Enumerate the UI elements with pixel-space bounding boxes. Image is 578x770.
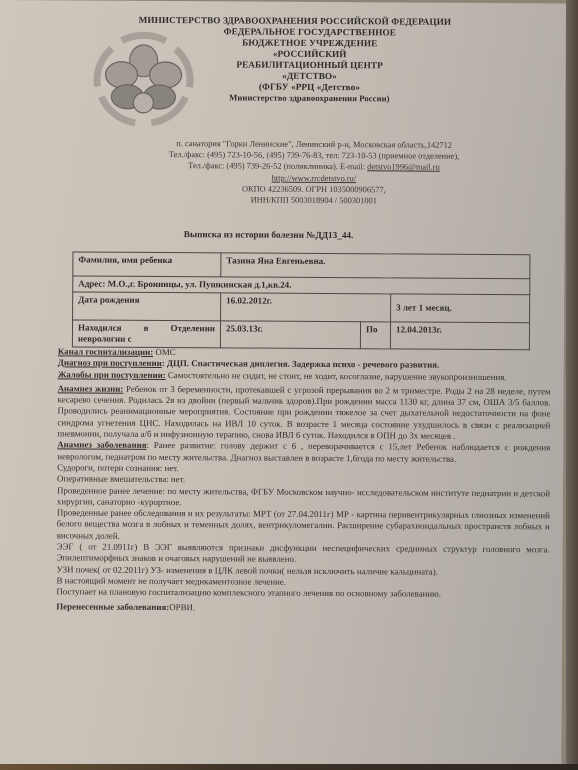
document-page: МИНИСТЕРСТВО ЗДРАВООХРАНЕНИЯ РОССИЙСКОЙ … (0, 0, 566, 767)
prior-treatment-text: Проведенное ранее лечение: по месту жите… (57, 485, 550, 511)
admission-text: Поступает на плановую госпитализацию ком… (56, 587, 549, 601)
stay-to: 12.04.2013г. (390, 322, 529, 350)
background-edge (0, 764, 578, 770)
phone-fax-text: Тел./факс: (495) 739-26-52 (поликлиника)… (188, 162, 367, 172)
eeg-text: ЭЭГ ( от 21.0911г) В ЭЭГ выявляются приз… (57, 541, 550, 567)
organization-header: МИНИСТЕРСТВО ЗДРАВООХРАНЕНИЯ РОССИЙСКОЙ … (159, 15, 460, 105)
medical-summary: Канал госпитализации: ОМС Диагноз при по… (56, 346, 551, 615)
patient-info-table: Фамилия, имя ребенка Тазина Яна Евгеньев… (72, 251, 531, 350)
name-value: Тазина Яна Евгеньевна. (221, 253, 530, 279)
life-history-value: Ребенок от 3 беременности, протекавшей с… (57, 384, 550, 441)
channel-value: ОМС (153, 347, 176, 357)
past-illness-label: Перенесенные заболевания: (56, 601, 169, 612)
life-history-label: Анамнез жизни: (58, 383, 124, 393)
diagnosis-value: : ДЦП. Спастическая диплегия. Задержка п… (162, 358, 440, 370)
exams-text: Проведенные ранее обследования и их резу… (57, 508, 550, 545)
document-title: Выписка из истории болезни №ДД13_44. (59, 228, 479, 241)
channel-label: Канал госпитализации: (58, 346, 153, 357)
stay-to-label: По (360, 322, 390, 349)
inn-line: ИНН/КПП 5003018904 / 500301001 (79, 194, 549, 208)
contact-block: п. санатория "Горки Ленинские", Ленински… (79, 137, 549, 207)
stay-label: Находился в Отделении (78, 322, 215, 334)
email-link[interactable]: detstvo1996@mail.ru (367, 163, 440, 172)
website-link[interactable]: http://www.rrcdetstvo.ru/ (272, 173, 357, 183)
stay-from: 25.03.13г. (220, 321, 360, 349)
complaints-label: Жалобы при поступлении: (58, 369, 166, 380)
past-illness-value: ОРВИ. (169, 602, 195, 612)
complaints-value: Самостоятельно не сидит, не стоит, не хо… (166, 370, 507, 382)
disease-history-label: Анамнез заболевания (57, 440, 146, 451)
dob-value: 16.02.2012г. (221, 293, 391, 322)
age-value: 3 лет 1 месяц. (391, 294, 530, 323)
dob-label: Дата рождения (73, 292, 221, 321)
ministry-subtitle: Министерство здравоохранения России) (159, 92, 459, 105)
stay-label-cont: неврологии с (78, 333, 215, 345)
name-label: Фамилия, имя ребенка (73, 252, 221, 277)
background-edge (566, 0, 578, 770)
diagnosis-label: Диагноз при поступлении (58, 358, 162, 369)
